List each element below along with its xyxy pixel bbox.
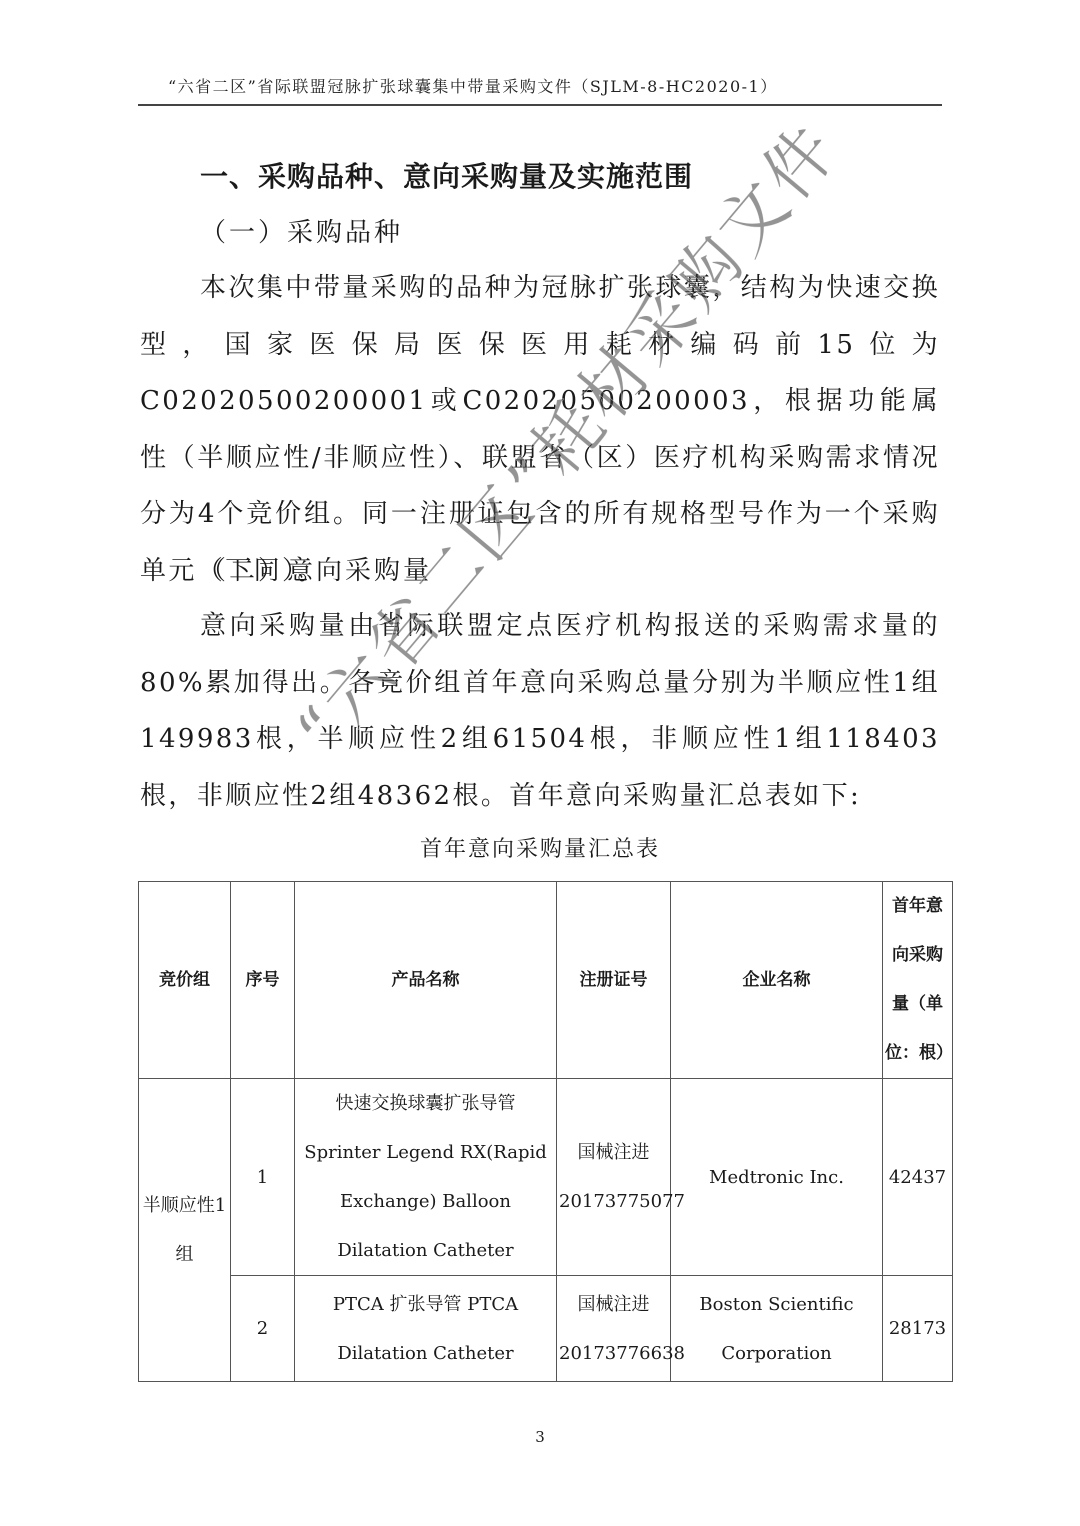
col-header-company: 企业名称 xyxy=(671,882,883,1079)
cell-seq: 2 xyxy=(231,1276,295,1382)
cell-registration: 国械注进 20173776638 xyxy=(557,1276,671,1382)
subsection-heading-2: （二）意向采购量 xyxy=(200,550,432,587)
table-header-row: 竞价组 序号 产品名称 注册证号 企业名称 首年意向采购量（单位：根） xyxy=(139,882,953,1079)
subsection-heading-1: （一）采购品种 xyxy=(200,212,403,249)
col-header-registration: 注册证号 xyxy=(557,882,671,1079)
registration-number: 20173775077 xyxy=(559,1177,668,1226)
document-header: “六省二区”省际联盟冠脉扩张球囊集中带量采购文件（SJLM-8-HC2020-1… xyxy=(168,74,778,97)
registration-prefix: 国械注进 xyxy=(559,1280,668,1329)
table-row: 2 PTCA 扩张导管 PTCA Dilatation Catheter 国械注… xyxy=(139,1276,953,1382)
volume-summary-table: 竞价组 序号 产品名称 注册证号 企业名称 首年意向采购量（单位：根） 半顺应性… xyxy=(138,881,953,1382)
cell-company: Medtronic Inc. xyxy=(671,1079,883,1276)
table-caption: 首年意向采购量汇总表 xyxy=(0,832,1080,863)
page-number: 3 xyxy=(0,1428,1080,1446)
col-header-quantity: 首年意向采购量（单位：根） xyxy=(883,882,953,1079)
cell-company: Boston Scientific Corporation xyxy=(671,1276,883,1382)
col-header-product: 产品名称 xyxy=(295,882,557,1079)
registration-number: 20173776638 xyxy=(559,1329,668,1378)
table-row: 半顺应性1组 1 快速交换球囊扩张导管 Sprinter Legend RX(R… xyxy=(139,1079,953,1276)
cell-product: 快速交换球囊扩张导管 Sprinter Legend RX(Rapid Exch… xyxy=(295,1079,557,1276)
col-header-seq: 序号 xyxy=(231,882,295,1079)
cell-group: 半顺应性1组 xyxy=(139,1079,231,1382)
cell-seq: 1 xyxy=(231,1079,295,1276)
paragraph-procurement-variety: 本次集中带量采购的品种为冠脉扩张球囊，结构为快速交换型，国家医保局医保医用耗材编… xyxy=(140,260,940,599)
col-header-group: 竞价组 xyxy=(139,882,231,1079)
registration-prefix: 国械注进 xyxy=(559,1128,668,1177)
header-divider xyxy=(138,104,942,106)
cell-quantity: 42437 xyxy=(883,1079,953,1276)
cell-product: PTCA 扩张导管 PTCA Dilatation Catheter xyxy=(295,1276,557,1382)
cell-registration: 国械注进 20173775077 xyxy=(557,1079,671,1276)
section-heading: 一、采购品种、意向采购量及实施范围 xyxy=(200,155,693,195)
paragraph-intended-volume: 意向采购量由省际联盟定点医疗机构报送的采购需求量的80%累加得出。各竞价组首年意… xyxy=(140,598,940,824)
cell-quantity: 28173 xyxy=(883,1276,953,1382)
